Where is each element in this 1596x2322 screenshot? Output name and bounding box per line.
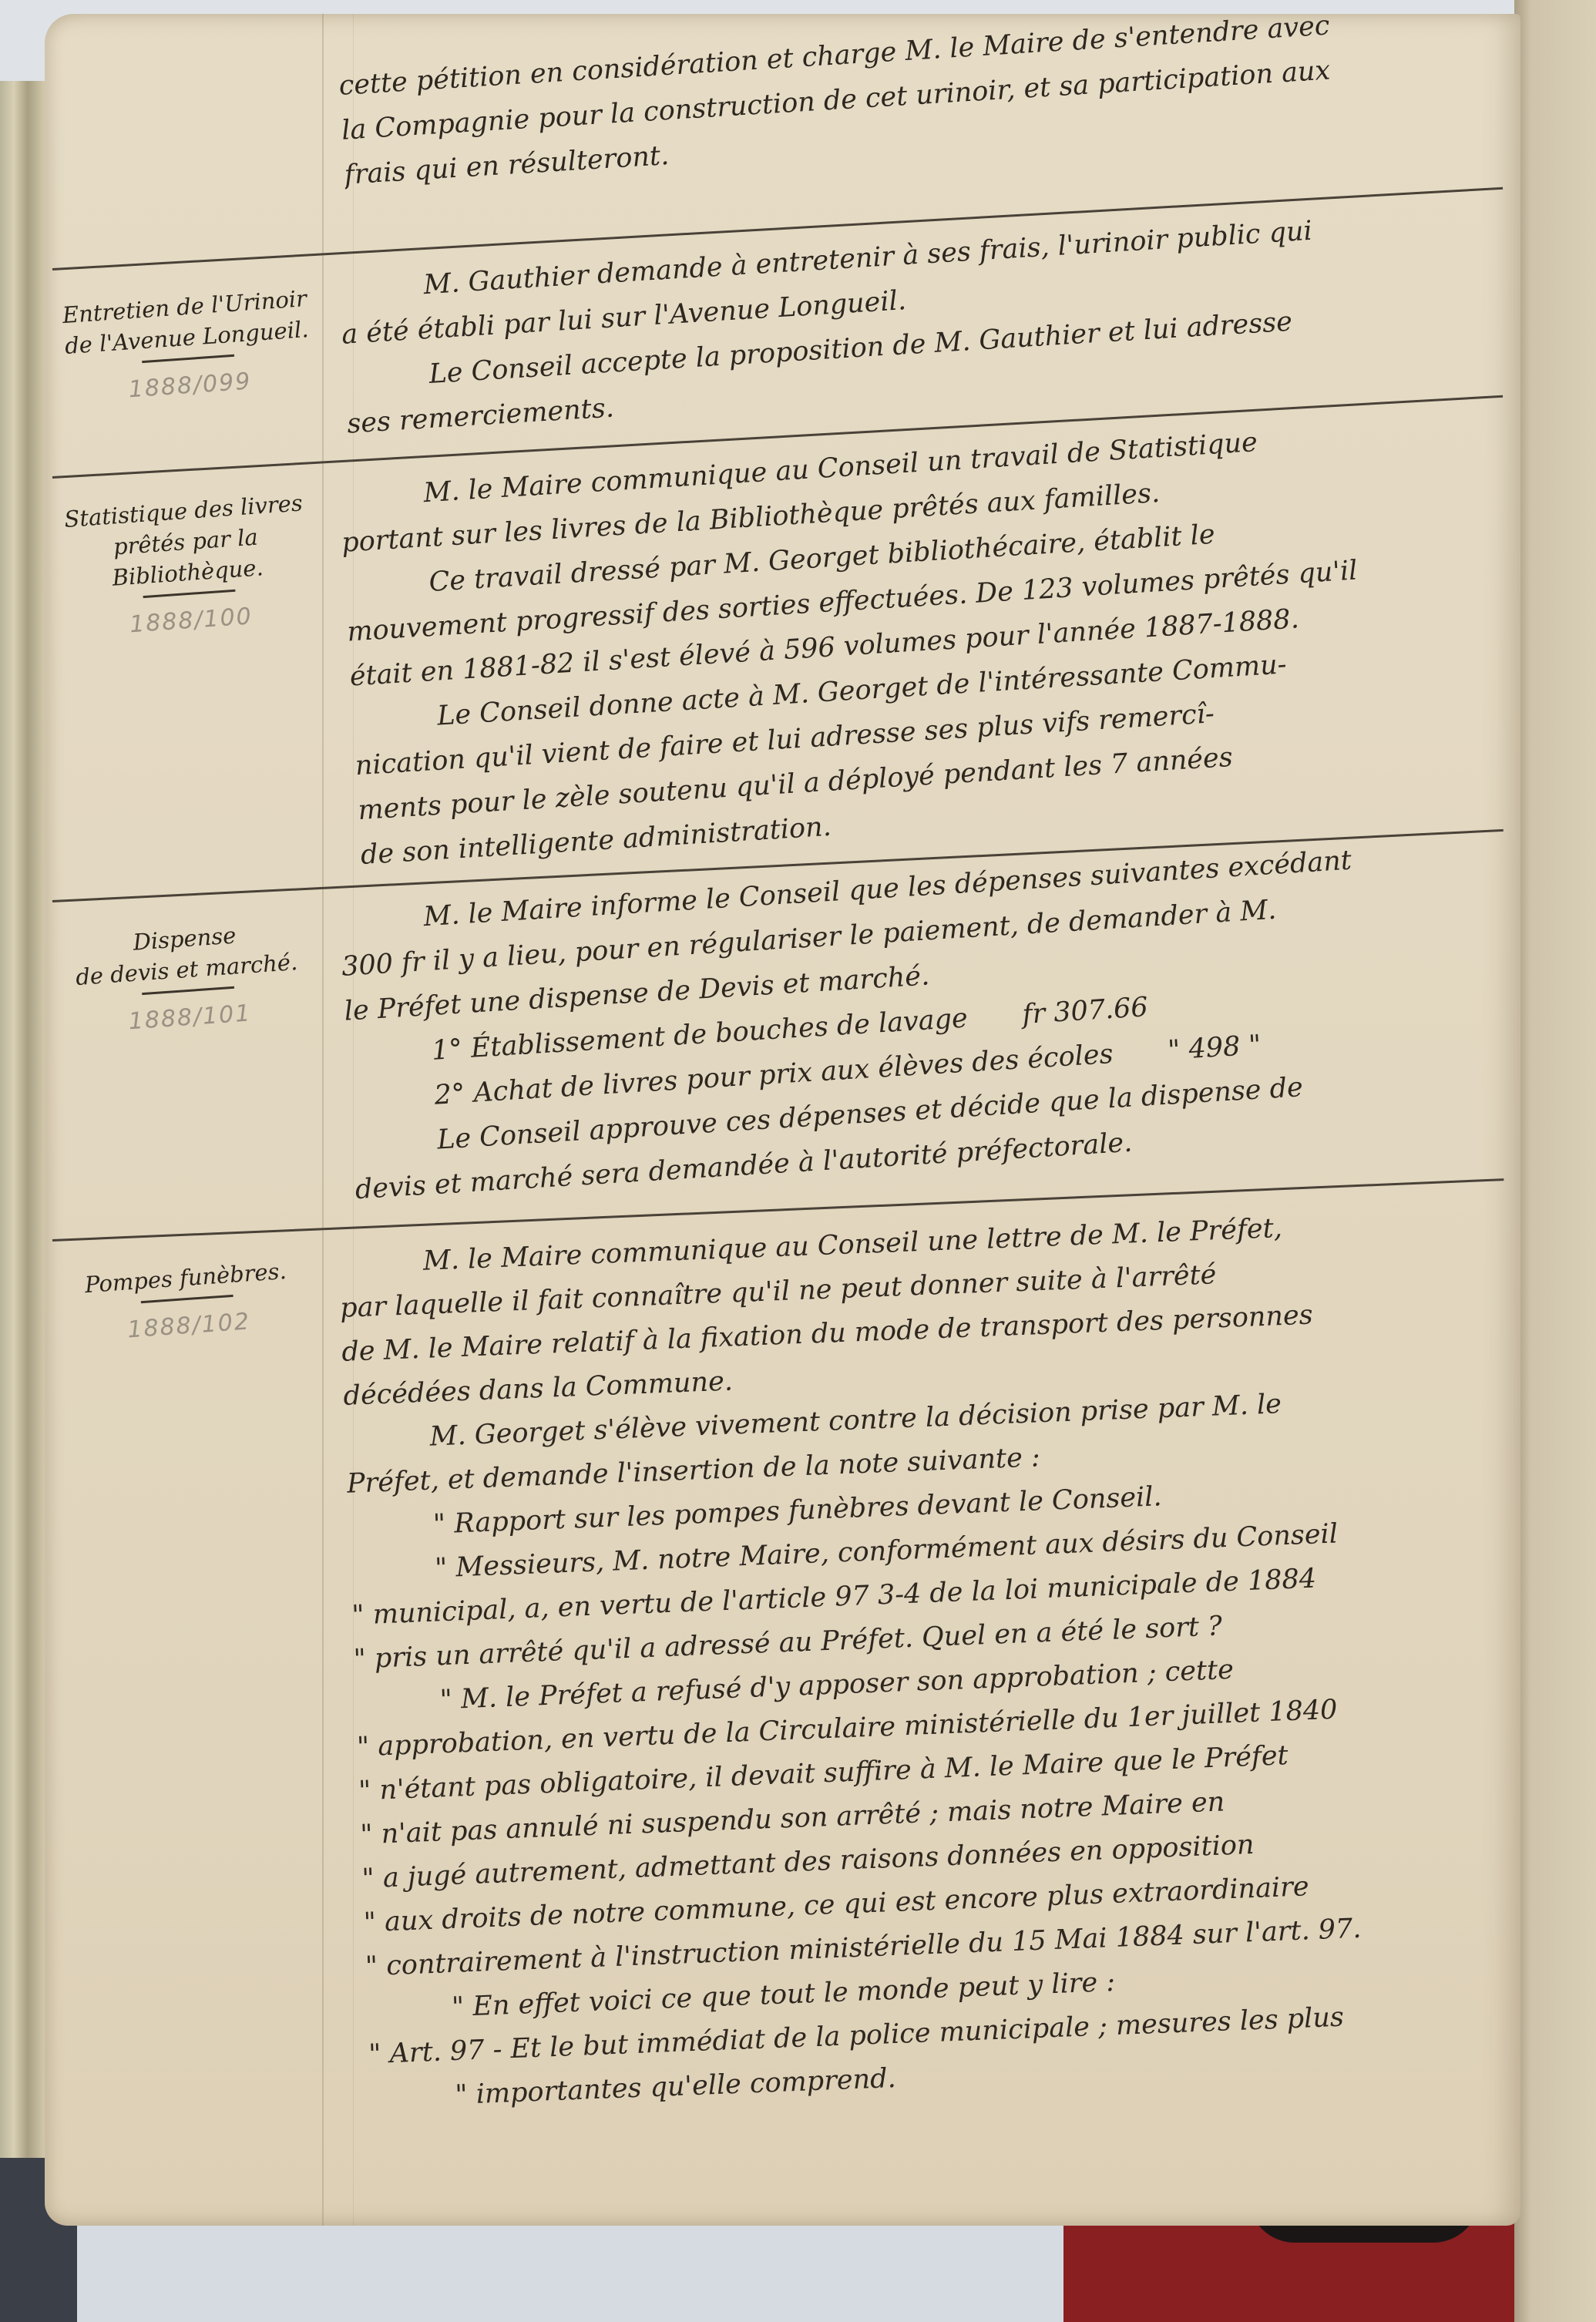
entry-body-statistique: M. le Maire communique au Conseil un tra… xyxy=(338,404,1547,878)
heading-underline xyxy=(141,1295,234,1303)
register-page: cette pétition en considération et charg… xyxy=(45,14,1520,2226)
heading-line: de devis et marché. xyxy=(75,949,298,990)
heading-underline xyxy=(143,590,236,598)
entry-heading-urinoir: Entretien de l'Urinoir de l'Avenue Longu… xyxy=(56,283,318,411)
continuation-text: cette pétition en considération et charg… xyxy=(338,0,1530,198)
entry-reference: 1888/101 xyxy=(62,993,318,1042)
heading-line: Statistique des livres xyxy=(63,489,303,533)
heading-line: Dispense xyxy=(132,922,237,955)
margin-rule xyxy=(322,14,324,2226)
entry-body-urinoir: M. Gauthier demande à entretenir à ses f… xyxy=(338,196,1533,447)
entry-heading-statistique: Statistique des livres prêtés par la Bib… xyxy=(55,487,319,646)
entry-reference: 1888/102 xyxy=(61,1302,317,1350)
heading-line: Pompes funèbres. xyxy=(84,1258,287,1298)
entry-reference: 1888/099 xyxy=(62,361,318,410)
heading-line: Bibliothèque. xyxy=(112,554,264,591)
entry-heading-pompes-funebres: Pompes funèbres. 1888/102 xyxy=(58,1254,317,1351)
entry-heading-dispense: Dispense de devis et marché. 1888/101 xyxy=(56,915,318,1043)
heading-line: prêtés par la xyxy=(113,524,259,560)
expense-amount: " 498 " xyxy=(1167,1023,1263,1073)
entry-body-pompes-funebres: M. le Maire communique au Conseil une le… xyxy=(338,1198,1557,2121)
book-spine-left xyxy=(0,81,46,2162)
expense-amount: fr 307.66 xyxy=(1021,985,1150,1037)
entry-body-dispense: M. le Maire informe le Conseil que les d… xyxy=(338,828,1541,1212)
heading-underline xyxy=(142,986,234,995)
entry-reference: 1888/100 xyxy=(63,596,319,645)
heading-underline xyxy=(142,355,234,363)
